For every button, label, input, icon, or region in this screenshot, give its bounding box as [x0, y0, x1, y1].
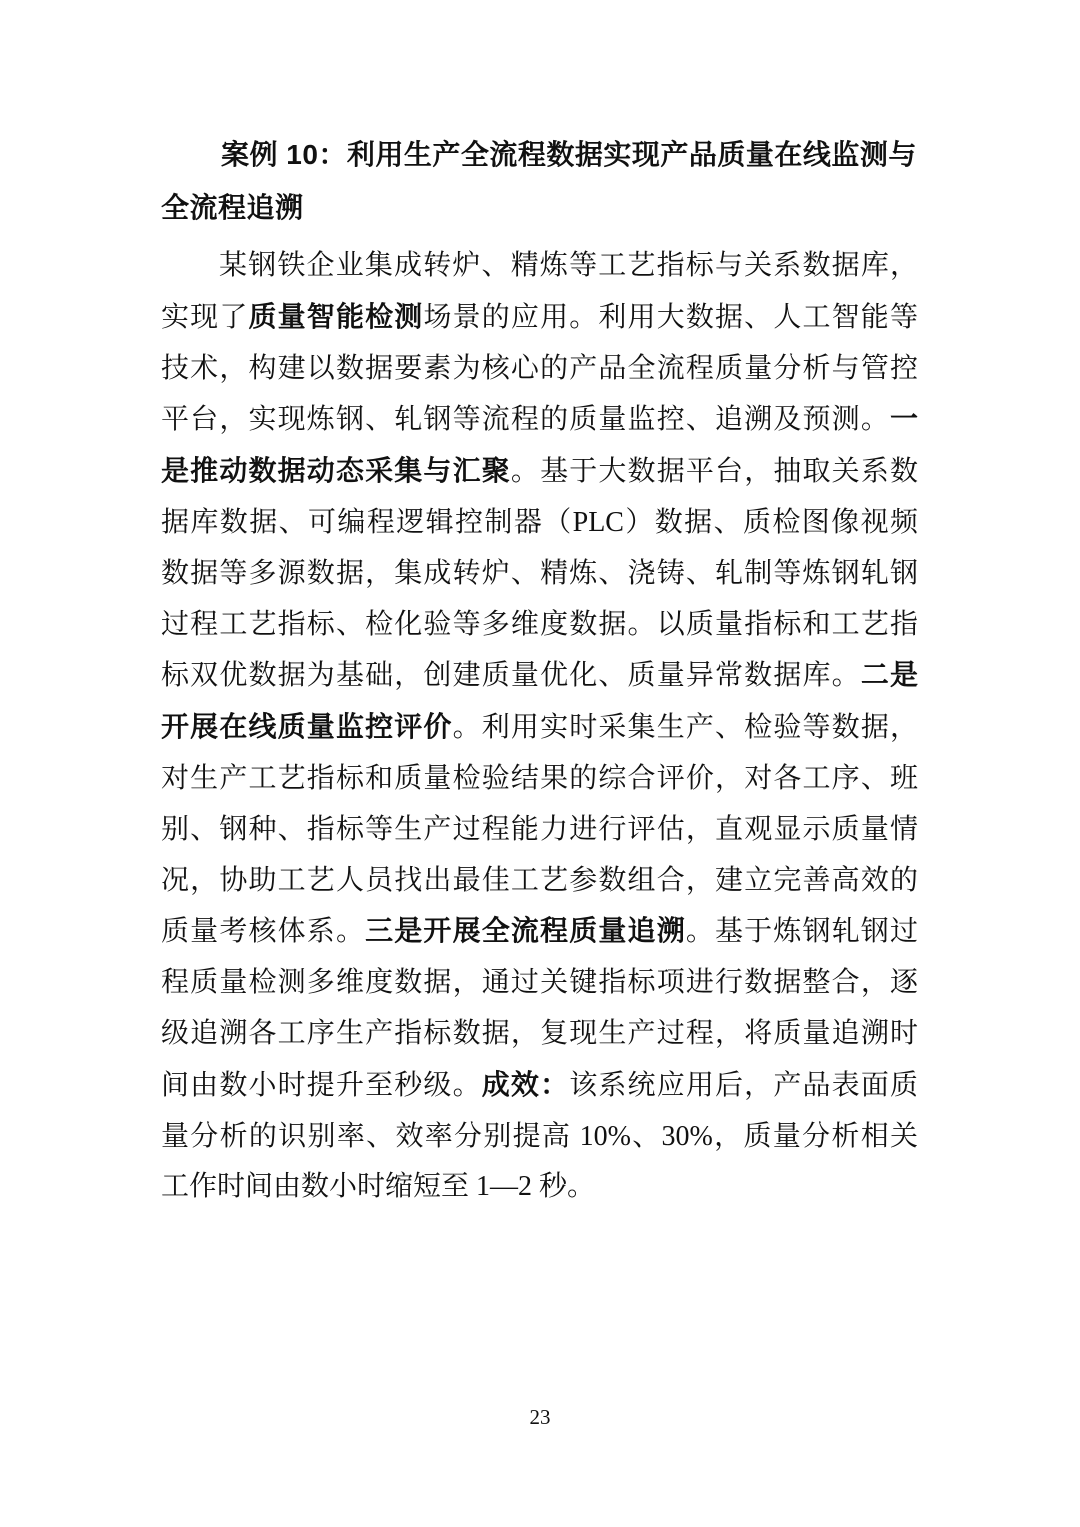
paragraph-line: 对生产工艺指标和质量检验结果的综合评价，对各工序、班 [161, 754, 918, 805]
page-number: 23 [0, 1402, 1080, 1432]
text-run: 。基于炼钢轧钢过 [686, 916, 918, 947]
case-title-line-2: 全流程追溯 [161, 181, 918, 234]
text-run: 级追溯各工序生产指标数据，复现生产过程，将质量追溯时 [161, 1018, 918, 1049]
text-run: 况，协助工艺人员找出最佳工艺参数组合，建立完善高效的 [161, 865, 918, 896]
text-run: 质量考核体系。 [161, 916, 365, 947]
case-title-line-1: 案例 10：利用生产全流程数据实现产品质量在线监测与 [161, 128, 918, 181]
paragraph-line: 是推动数据动态采集与汇聚。基于大数据平台，抽取关系数 [161, 446, 918, 498]
paragraph-line: 程质量检测多维度数据，通过关键指标项进行数据整合，逐 [161, 958, 918, 1009]
paragraph-line: 质量考核体系。三是开展全流程质量追溯。基于炼钢轧钢过 [161, 906, 918, 958]
text-run: 工作时间由数小时缩短至 1—2 秒。 [161, 1171, 595, 1202]
paragraph-line: 过程工艺指标、检化验等多维度数据。以质量指标和工艺指 [161, 600, 918, 651]
case-title: 案例 10：利用生产全流程数据实现产品质量在线监测与 全流程追溯 [161, 128, 918, 234]
paragraph-line: 级追溯各工序生产指标数据，复现生产过程，将质量追溯时 [161, 1009, 918, 1060]
text-run: 技术，构建以数据要素为核心的产品全流程质量分析与管控 [161, 353, 918, 384]
paragraph-line: 开展在线质量监控评价。利用实时采集生产、检验等数据， [161, 702, 918, 754]
text-run: 间由数小时提升至秒级。 [161, 1070, 482, 1101]
text-run: 数据等多源数据，集成转炉、精炼、浇铸、轧制等炼钢轧钢 [161, 558, 918, 589]
text-run: 标双优数据为基础，创建质量优化、质量异常数据库。 [161, 660, 861, 691]
paragraph-line: 标双优数据为基础，创建质量优化、质量异常数据库。二是 [161, 650, 918, 702]
paragraph-line: 据库数据、可编程逻辑控制器（PLC）数据、质检图像视频 [161, 498, 918, 549]
paragraph-line: 工作时间由数小时缩短至 1—2 秒。 [161, 1162, 918, 1213]
text-run: 量分析的识别率、效率分别提高 10%、30%，质量分析相关 [161, 1121, 918, 1152]
page-content: 案例 10：利用生产全流程数据实现产品质量在线监测与 全流程追溯 某钢铁企业集成… [161, 128, 918, 1213]
paragraph-line: 某钢铁企业集成转炉、精炼等工艺指标与关系数据库， [161, 241, 918, 292]
emphasis-text-run: 成效： [482, 1069, 569, 1100]
text-run: 实现了 [161, 302, 248, 333]
paragraph-line: 间由数小时提升至秒级。成效：该系统应用后，产品表面质 [161, 1060, 918, 1112]
emphasis-text-run: 二是 [861, 659, 918, 690]
text-run: 场景的应用。利用大数据、人工智能等 [423, 302, 918, 333]
text-run: 程质量检测多维度数据，通过关键指标项进行数据整合，逐 [161, 967, 918, 998]
paragraph-line: 量分析的识别率、效率分别提高 10%、30%，质量分析相关 [161, 1112, 918, 1163]
paragraph-line: 别、钢种、指标等生产过程能力进行评估，直观显示质量情 [161, 805, 918, 856]
text-run: 该系统应用后，产品表面质 [569, 1070, 918, 1101]
case-paragraph: 某钢铁企业集成转炉、精炼等工艺指标与关系数据库，实现了质量智能检测场景的应用。利… [161, 241, 918, 1213]
text-run: 。利用实时采集生产、检验等数据， [453, 712, 918, 743]
text-run: 某钢铁企业集成转炉、精炼等工艺指标与关系数据库， [219, 250, 918, 281]
emphasis-text-run: 三是开展全流程质量追溯 [365, 915, 686, 946]
document-page: 案例 10：利用生产全流程数据实现产品质量在线监测与 全流程追溯 某钢铁企业集成… [0, 0, 1080, 1527]
emphasis-text-run: 质量智能检测 [248, 301, 423, 332]
paragraph-line: 数据等多源数据，集成转炉、精炼、浇铸、轧制等炼钢轧钢 [161, 549, 918, 600]
text-run: 过程工艺指标、检化验等多维度数据。以质量指标和工艺指 [161, 609, 918, 640]
paragraph-line: 况，协助工艺人员找出最佳工艺参数组合，建立完善高效的 [161, 856, 918, 907]
text-run: 别、钢种、指标等生产过程能力进行评估，直观显示质量情 [161, 814, 918, 845]
paragraph-line: 平台，实现炼钢、轧钢等流程的质量监控、追溯及预测。一 [161, 394, 918, 446]
emphasis-text-run: 开展在线质量监控评价 [161, 711, 453, 742]
emphasis-text-run: 是推动数据动态采集与汇聚 [161, 455, 511, 486]
text-run: 平台，实现炼钢、轧钢等流程的质量监控、追溯及预测。 [161, 404, 890, 435]
text-run: 。基于大数据平台，抽取关系数 [511, 456, 918, 487]
text-run: 对生产工艺指标和质量检验结果的综合评价，对各工序、班 [161, 763, 918, 794]
text-run: 据库数据、可编程逻辑控制器（PLC）数据、质检图像视频 [161, 507, 918, 538]
emphasis-text-run: 一 [890, 403, 918, 434]
paragraph-line: 技术，构建以数据要素为核心的产品全流程质量分析与管控 [161, 344, 918, 395]
paragraph-line: 实现了质量智能检测场景的应用。利用大数据、人工智能等 [161, 292, 918, 344]
